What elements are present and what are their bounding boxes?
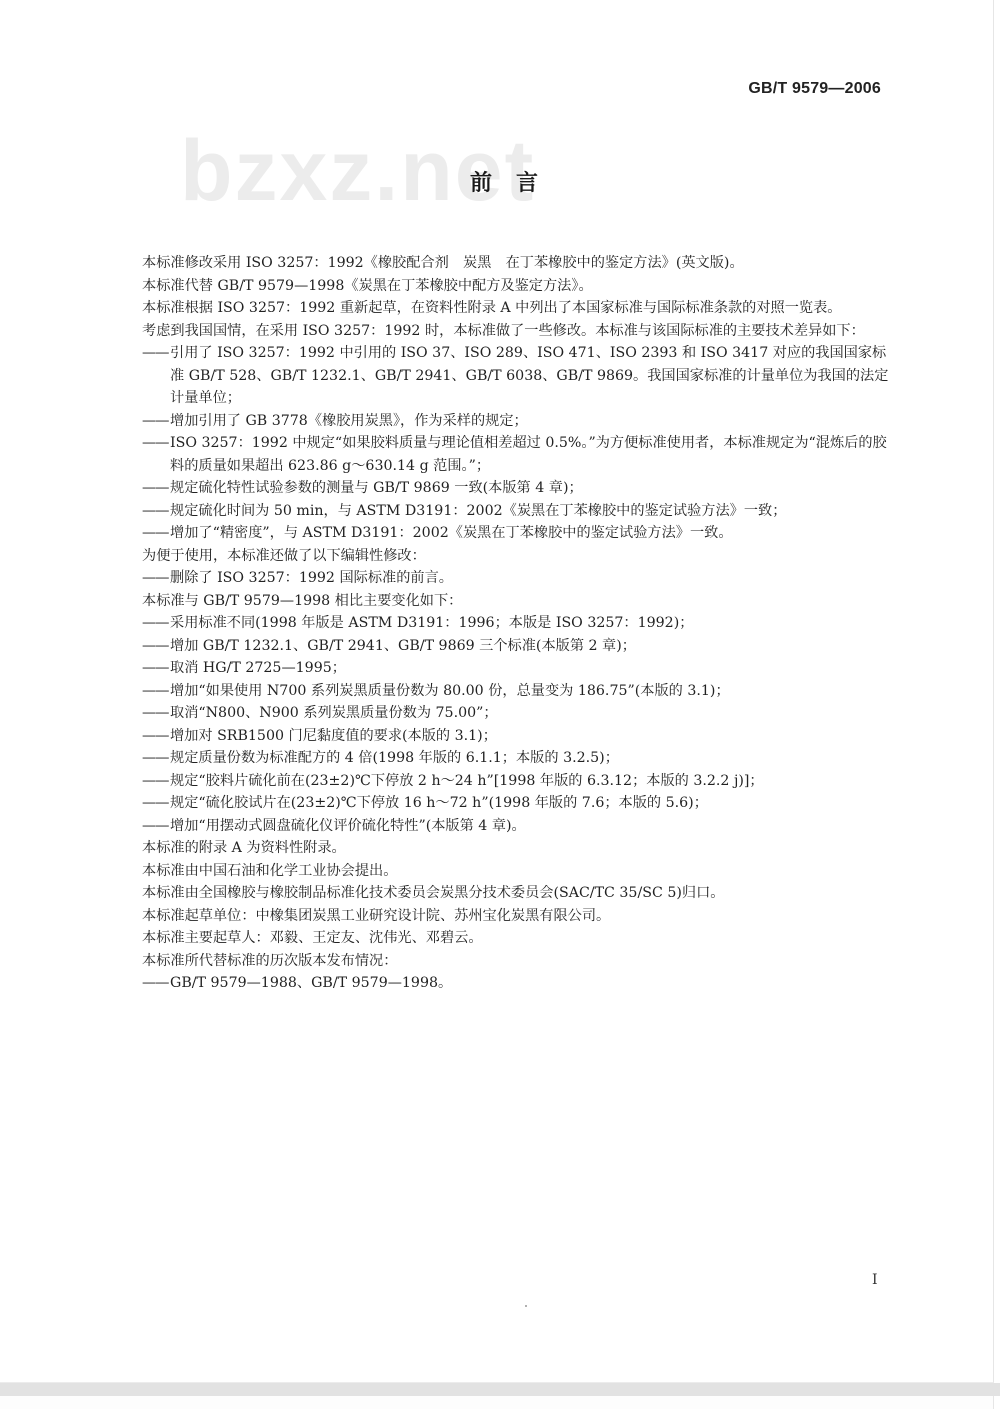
list-item: ——增加了“精密度”，与 ASTM D3191：2002《炭黑在丁苯橡胶中的鉴定… xyxy=(142,522,894,545)
dash-marker: —— xyxy=(142,702,170,725)
main-changes-list: ——采用标准不同(1998 年版是 ASTM D3191：1996；本版是 IS… xyxy=(142,612,894,837)
page-number: I xyxy=(872,1272,878,1288)
paragraph-drafters: 本标准主要起草人：邓毅、王定友、沈伟光、邓碧云。 xyxy=(142,927,894,950)
foreword-body: 本标准修改采用 ISO 3257：1992《橡胶配合剂 炭黑 在丁苯橡胶中的鉴定… xyxy=(142,252,894,995)
document-page: bzxz.net GB/T 9579—2006 前言 本标准修改采用 ISO 3… xyxy=(0,0,994,1383)
list-item: ——规定质量份数为标准配方的 4 倍(1998 年版的 6.1.1；本版的 3.… xyxy=(142,747,894,770)
page-title: 前言 xyxy=(0,166,1000,197)
list-item: ——删除了 ISO 3257：1992 国际标准的前言。 xyxy=(142,567,894,590)
paragraph-drafting-units: 本标准起草单位：中橡集团炭黑工业研究设计院、苏州宝化炭黑有限公司。 xyxy=(142,905,894,928)
paragraph-redrafted: 本标准根据 ISO 3257：1992 重新起草，在资料性附录 A 中列出了本国… xyxy=(142,297,894,320)
list-item: ——规定硫化时间为 50 min，与 ASTM D3191：2002《炭黑在丁苯… xyxy=(142,500,894,523)
tech-differences-list: ——引用了 ISO 3257：1992 中引用的 ISO 37、ISO 289、… xyxy=(142,342,894,545)
paragraph-editorial-intro: 为便于使用，本标准还做了以下编辑性修改： xyxy=(142,545,894,568)
list-item: ——增加引用了 GB 3778《橡胶用炭黑》，作为采样的规定； xyxy=(142,410,894,433)
list-item: ——规定硫化特性试验参数的测量与 GB/T 9869 一致(本版第 4 章)； xyxy=(142,477,894,500)
list-item: ——取消 HG/T 2725—1995； xyxy=(142,657,894,680)
editorial-changes-list: ——删除了 ISO 3257：1992 国际标准的前言。 xyxy=(142,567,894,590)
list-item: ——ISO 3257：1992 中规定“如果胶料质量与理论值相差超过 0.5%。… xyxy=(142,432,894,477)
paragraph-tech-differences-intro: 考虑到我国国情，在采用 ISO 3257：1992 时，本标准做了一些修改。本标… xyxy=(142,320,894,343)
list-item: ——采用标准不同(1998 年版是 ASTM D3191：1996；本版是 IS… xyxy=(142,612,894,635)
dash-marker: —— xyxy=(142,972,170,995)
dash-marker: —— xyxy=(142,747,170,770)
dash-marker: —— xyxy=(142,500,170,523)
dash-marker: —— xyxy=(142,815,170,838)
dash-marker: —— xyxy=(142,657,170,680)
list-item: ——取消“N800、N900 系列炭黑质量份数为 75.00”； xyxy=(142,702,894,725)
paragraph-annex: 本标准的附录 A 为资料性附录。 xyxy=(142,837,894,860)
dash-marker: —— xyxy=(142,680,170,703)
standard-code: GB/T 9579—2006 xyxy=(748,80,881,98)
dash-marker: —— xyxy=(142,410,170,433)
list-item: ——GB/T 9579—1988、GB/T 9579—1998。 xyxy=(142,972,894,995)
list-item: ——增加 GB/T 1232.1、GB/T 2941、GB/T 9869 三个标… xyxy=(142,635,894,658)
paragraph-history-intro: 本标准所代替标准的历次版本发布情况： xyxy=(142,950,894,973)
paragraph-proposed-by: 本标准由中国石油和化学工业协会提出。 xyxy=(142,860,894,883)
list-item: ——规定“硫化胶试片在(23±2)℃下停放 16 h～72 h”(1998 年版… xyxy=(142,792,894,815)
paragraph-responsible-committee: 本标准由全国橡胶与橡胶制品标准化技术委员会炭黑分技术委员会(SAC/TC 35/… xyxy=(142,882,894,905)
dash-marker: —— xyxy=(142,567,170,590)
next-page-edge xyxy=(0,1396,994,1409)
dash-marker: —— xyxy=(142,522,170,545)
list-item: ——引用了 ISO 3257：1992 中引用的 ISO 37、ISO 289、… xyxy=(142,342,894,410)
list-item: ——规定“胶料片硫化前在(23±2)℃下停放 2 h～24 h”[1998 年版… xyxy=(142,770,894,793)
paragraph-replaces: 本标准代替 GB/T 9579—1998《炭黑在丁苯橡胶中配方及鉴定方法》。 xyxy=(142,275,894,298)
dash-marker: —— xyxy=(142,342,170,365)
dash-marker: —— xyxy=(142,725,170,748)
list-item: ——增加“用摆动式圆盘硫化仪评价硫化特性”(本版第 4 章)。 xyxy=(142,815,894,838)
dash-marker: —— xyxy=(142,635,170,658)
paragraph-main-changes-intro: 本标准与 GB/T 9579—1998 相比主要变化如下： xyxy=(142,590,894,613)
dash-marker: —— xyxy=(142,612,170,635)
dash-marker: —— xyxy=(142,477,170,500)
paragraph-adoption: 本标准修改采用 ISO 3257：1992《橡胶配合剂 炭黑 在丁苯橡胶中的鉴定… xyxy=(142,252,894,275)
dash-marker: —— xyxy=(142,770,170,793)
history-list: ——GB/T 9579—1988、GB/T 9579—1998。 xyxy=(142,972,894,995)
scan-speck xyxy=(525,1305,527,1307)
dash-marker: —— xyxy=(142,792,170,815)
page-separator xyxy=(0,1383,1000,1396)
dash-marker: —— xyxy=(142,432,170,455)
list-item: ——增加对 SRB1500 门尼黏度值的要求(本版的 3.1)； xyxy=(142,725,894,748)
list-item: ——增加“如果使用 N700 系列炭黑质量份数为 80.00 份，总量变为 18… xyxy=(142,680,894,703)
